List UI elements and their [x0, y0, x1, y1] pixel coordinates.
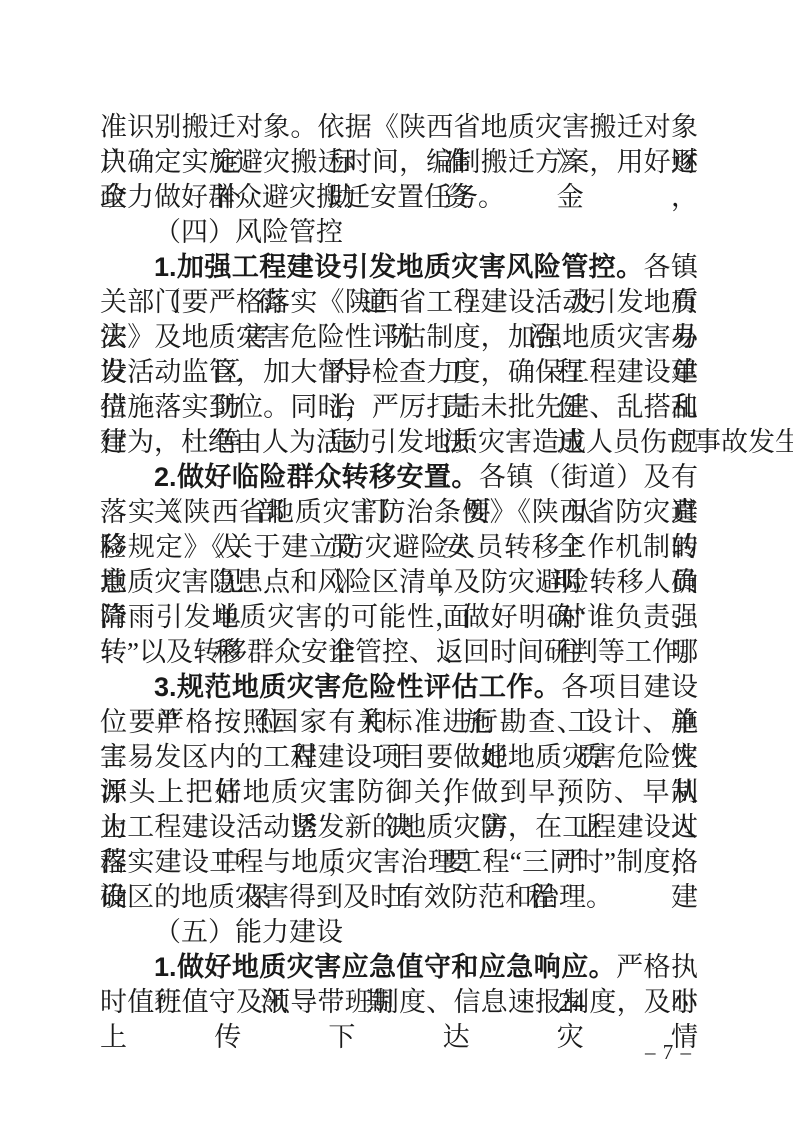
text-line: 为工程建设活动诱发新的地质灾害，在工程建设过程中，要严格 [100, 810, 698, 845]
text-line: 转”以及转移群众安全管控、返回时间研判等工作。 [100, 635, 698, 670]
bold-heading: 1.做好地质灾害应急值守和应急响应。 [154, 952, 616, 982]
text-line: 措施落实到位。同时，严厉打击未批先建、乱搭乱建等违法违规 [100, 390, 698, 425]
text-line: 设活动监管，加大督导检查力度，确保工程建设单位防治责任和 [100, 355, 698, 390]
text-line: 准识别搬迁对象。依据《陕西省地质灾害搬迁对象认定标准》逐 [100, 110, 698, 145]
text-block: 准识别搬迁对象。依据《陕西省地质灾害搬迁对象认定标准》逐户确定实施避灾搬迁时间，… [100, 110, 698, 1020]
text-line: （四）风险管控 [100, 215, 698, 250]
text-line: 落实《陕西省地质灾害防治条例》《陕西省防灾避险人员安全转 [100, 495, 698, 530]
text-line: 法》及地质灾害危险性评估制度，加强地质灾害易发区内工程建 [100, 320, 698, 355]
text-line: 源头上把好地质灾害防御关，做到早预防、早制止。坚决防止人 [100, 775, 698, 810]
line-text: 行为，杜绝由人为活动引发地质灾害造成人员伤亡事故发生。 [100, 427, 793, 457]
line-text: 全力做好群众避灾搬迁安置任务。 [100, 182, 505, 212]
page-number: – 7 – [645, 1040, 692, 1065]
text-line: 移规定》《关于建立防灾避险人员转移工作机制的意见》，明确 [100, 530, 698, 565]
line-text: 转”以及转移群众安全管控、返回时间研判等工作。 [100, 637, 706, 667]
text-line: 2.做好临险群众转移安置。各镇（街道）及有关部门要认真 [100, 460, 698, 495]
text-line: 地质灾害隐患点和风险区清单及防灾避险转移人员清单，面对强 [100, 565, 698, 600]
bold-heading: 3.规范地质灾害危险性评估工作。 [154, 672, 561, 702]
text-line: 降雨引发地质灾害的可能性，做好明确“谁负责、转移谁、往哪 [100, 600, 698, 635]
text-line: 落实建设工程与地质灾害治理工程“三同时”制度，确保工程建 [100, 845, 698, 880]
line-text: （四）风险管控 [154, 217, 343, 247]
text-line: 户确定实施避灾搬迁时间，编制搬迁方案，用好财政补助资金， [100, 145, 698, 180]
line-text: 时值班值守及领导带班制度、信息速报制度，及时上传下达灾情 [100, 987, 698, 1052]
text-line: 3.规范地质灾害危险性评估工作。各项目建设单位和施工单 [100, 670, 698, 705]
bold-heading: 1.加强工程建设引发地质灾害风险管控。 [154, 252, 644, 282]
text-line: 1.做好地质灾害应急值守和应急响应。严格执行汛期 24 小 [100, 950, 698, 985]
text-line: 1.加强工程建设引发地质灾害风险管控。各镇（街道）及有 [100, 250, 698, 285]
line-text: 设区的地质灾害得到及时有效防范和治理。 [100, 882, 613, 912]
line-text: （五）能力建设 [154, 917, 343, 947]
bold-heading: 2.做好临险群众转移安置。 [154, 462, 479, 492]
text-line: （五）能力建设 [100, 915, 698, 950]
text-line: 设区的地质灾害得到及时有效防范和治理。 [100, 880, 698, 915]
text-line: 行为，杜绝由人为活动引发地质灾害造成人员伤亡事故发生。 [100, 425, 698, 460]
document-page: 准识别搬迁对象。依据《陕西省地质灾害搬迁对象认定标准》逐户确定实施避灾搬迁时间，… [0, 0, 793, 1122]
text-line: 害易发区内的工程建设项目要做好地质灾害危险性评估工作，从 [100, 740, 698, 775]
text-line: 位要严格按照国家有关标准进行勘查、设计、施工。对于地质灾 [100, 705, 698, 740]
text-line: 关部门要严格落实《陕西省工程建设活动引发地质灾害防治办 [100, 285, 698, 320]
text-line: 时值班值守及领导带班制度、信息速报制度，及时上传下达灾情 [100, 985, 698, 1020]
